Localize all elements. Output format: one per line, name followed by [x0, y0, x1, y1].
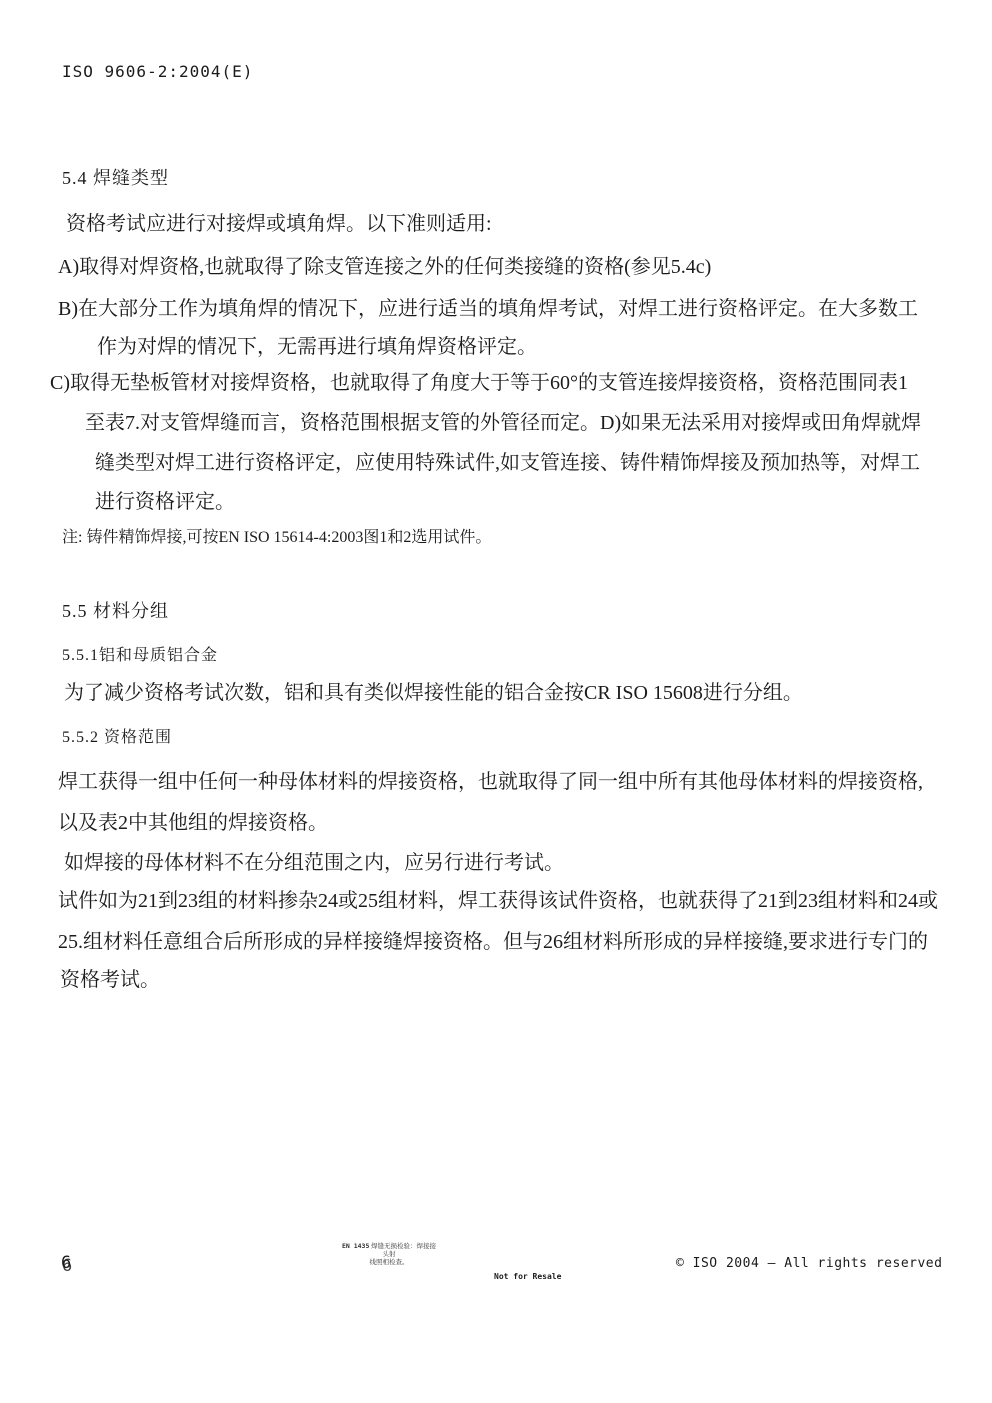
- section-5-5-2-para3-line1: 试件如为21到23组的材料掺杂24或25组材料，焊工获得该试件资格，也就获得了2…: [58, 884, 938, 913]
- section-5-5-2-para1-line2: 以及表2中其他组的焊接资格。: [58, 806, 328, 835]
- section-5-4-intro: 资格考试应进行对接焊或填角焊。以下准则适用:: [66, 207, 492, 236]
- section-5-4-item-c-line4: 进行资格评定。: [95, 485, 235, 514]
- footer-footnote-standard-ref: EN 1435: [342, 1242, 369, 1250]
- section-5-4-item-c-line1: C)取得无垫板管材对接焊资格，也就取得了角度大于等于60°的支管连接焊接资格，资…: [50, 366, 908, 395]
- footer-page-number: 6: [61, 1253, 71, 1273]
- section-5-5-2-para2: 如焊接的母体材料不在分组范围之内，应另行进行考试。: [64, 846, 564, 875]
- section-5-5-2-title: 5.5.2 资格范围: [62, 724, 172, 747]
- section-5-4-item-a: A)取得对焊资格,也就取得了除支管连接之外的任何类接缝的资格(参见5.4c): [58, 250, 711, 279]
- section-5-4-title: 5.4 焊缝类型: [62, 164, 169, 190]
- section-5-4-item-c-line2: 至表7.对支管焊缝而言，资格范围根据支管的外管径而定。D)如果无法采用对接焊或田…: [85, 406, 921, 435]
- section-5-5-1-title: 5.5.1铝和母质铝合金: [62, 642, 218, 665]
- footer-footnote-text-line1: 焊缝无损检验：焊接接头射: [371, 1243, 436, 1258]
- section-5-5-2-para3-line2: 25.组材料任意组合后所形成的异样接缝焊接资格。但与26组材料所形成的异样接缝,…: [58, 925, 928, 954]
- document-page: ISO 9606-2:2004(E) 5.4 焊缝类型 资格考试应进行对接焊或填…: [0, 0, 992, 1403]
- footer-footnote: EN 1435 焊缝无损检验：焊接接头射 线照相检查。: [339, 1242, 439, 1267]
- section-5-5-1-body: 为了减少资格考试次数，铝和具有类似焊接性能的铝合金按CR ISO 15608进行…: [64, 676, 803, 705]
- section-5-5-title: 5.5 材料分组: [62, 597, 169, 623]
- section-5-4-item-b-line1: B)在大部分工作为填角焊的情况下，应进行适当的填角焊考试，对焊工进行资格评定。在…: [58, 292, 918, 321]
- document-header-standard-id: ISO 9606-2:2004(E): [62, 62, 253, 81]
- section-5-4-item-c-line3: 缝类型对焊工进行资格评定，应使用特殊试件,如支管连接、铸件精饰焊接及预加热等，对…: [95, 446, 920, 475]
- section-5-5-2-para3-line3: 资格考试。: [60, 963, 160, 992]
- section-5-5-2-para1-line1: 焊工获得一组中任何一种母体材料的焊接资格，也就取得了同一组中所有其他母体材料的焊…: [58, 765, 923, 794]
- section-5-4-note: 注: 铸件精饰焊接,可按EN ISO 15614-4:2003图1和2选用试件。: [62, 524, 491, 547]
- section-5-4-item-b-line2: 作为对焊的情况下，无需再进行填角焊资格评定。: [97, 330, 537, 359]
- footer-copyright: © ISO 2004 – All rights reserved: [676, 1256, 942, 1271]
- footer-resale-notice: Not for Resale: [494, 1272, 561, 1281]
- footer-footnote-text-line2: 线照相检查。: [370, 1259, 409, 1266]
